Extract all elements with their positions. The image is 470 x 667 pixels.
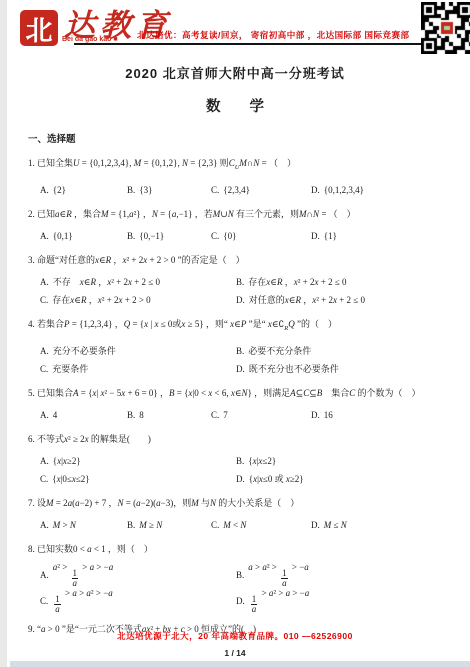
option: B.M ≥ N [127, 519, 211, 531]
option: C.充要条件 [40, 363, 236, 375]
option-text: 7 [223, 410, 228, 420]
option-label: D. [311, 410, 320, 420]
option-label: B. [236, 456, 244, 466]
question: 5. 已知集合A = {x| x² − 5x + 6 = 0} ，B = {x|… [28, 387, 448, 421]
question-options: A.a² > 1a > a > −aB.a > a² > 1a > −aC.1a… [40, 565, 448, 611]
exam-subject: 数 学 [0, 95, 470, 116]
question-options: A.不存 x∈R ，x² + 2x + 2 ≤ 0B.存在x∈R ，x² + 2… [40, 276, 448, 306]
option-text: a > a² > 1a > −a [248, 561, 309, 588]
option-label: D. [236, 295, 245, 305]
seal-character: 北 [26, 9, 53, 48]
option-text: M < N [223, 520, 246, 530]
header-slogan: 北达培优：高考复读/回京， 寄宿初高中部 ，北达国际部 国际竞赛部 [137, 29, 409, 41]
option-label: B. [127, 410, 135, 420]
option: C.7 [211, 409, 311, 421]
option-label: D. [236, 474, 245, 484]
option-text: 对任意的x∈R ，x² + 2x + 2 ≤ 0 [249, 295, 365, 305]
option-text: {2} [53, 185, 66, 195]
option: A.a² > 1a > a > −a [40, 565, 236, 585]
option-label: B. [127, 520, 135, 530]
option-text: M ≤ N [324, 520, 347, 530]
option: D.M ≤ N [311, 519, 448, 531]
option-text: {3} [139, 185, 152, 195]
option: A.不存 x∈R ，x² + 2x + 2 ≤ 0 [40, 276, 236, 288]
question: 6. 不等式x² ≥ 2x 的解集是( )A.{x|x≥2}B.{x|x≤2}C… [28, 433, 448, 485]
question-text: 2. 已知a∈R ，集合M = {1,a²} ，N = {a,−1} ，若M∪N… [28, 208, 448, 220]
option-label: A. [40, 410, 49, 420]
option-text: 存在x∈R ，x² + 2x + 2 ≤ 0 [248, 277, 346, 287]
option-text: {x|x≤0 或 x≥2} [249, 474, 304, 484]
option: B.存在x∈R ，x² + 2x + 2 ≤ 0 [236, 276, 448, 288]
question-text: 3. 命题“对任意的x∈R ，x² + 2x + 2 > 0 ”的否定是（ ） [28, 254, 448, 266]
question: 1. 已知全集U = {0,1,2,3,4}, M = {0,1,2}, N =… [28, 157, 448, 196]
question-text: 7. 设M = 2a(a−2) + 7 ，N = (a−2)(a−3)，则M 与… [28, 497, 448, 509]
option-label: B. [236, 569, 244, 581]
option: D.{0,1,2,3,4} [311, 184, 448, 196]
question-text: 8. 已知实数0 < a < 1 ，则（ ） [28, 543, 448, 555]
option: D.{1} [311, 230, 448, 242]
option-text: {2,3,4} [223, 185, 250, 195]
page-left-edge [0, 0, 7, 667]
logo-seal: 北 [20, 10, 58, 46]
question-text: 1. 已知全集U = {0,1,2,3,4}, M = {0,1,2}, N =… [28, 157, 448, 174]
option-label: C. [211, 410, 219, 420]
option-label: B. [236, 346, 244, 356]
option-label: C. [40, 474, 48, 484]
exam-title: 2020 北京首师大附中高一分班考试 [0, 63, 470, 82]
content: 一、选择题 1. 已知全集U = {0,1,2,3,4}, M = {0,1,2… [28, 131, 448, 635]
option-label: A. [40, 456, 49, 466]
option-label: C. [40, 595, 48, 607]
option: B.必要不充分条件 [236, 345, 448, 357]
question: 4. 若集合P = {1,2,3,4} ，Q = {x | x ≤ 0或x ≥ … [28, 318, 448, 375]
option: D.对任意的x∈R ，x² + 2x + 2 ≤ 0 [236, 294, 448, 306]
option-label: C. [40, 364, 48, 374]
option-text: M > N [53, 520, 76, 530]
exam-page: 北 达教育 Bei da gao kao ■ 北达培优：高考复读/回京， 寄宿初… [0, 0, 470, 667]
option: A.{x|x≥2} [40, 455, 236, 467]
question: 8. 已知实数0 < a < 1 ，则（ ）A.a² > 1a > a > −a… [28, 543, 448, 611]
option: C.{0} [211, 230, 311, 242]
option-text: 必要不充分条件 [248, 346, 311, 356]
option-text: 16 [324, 410, 333, 420]
header-rule [74, 43, 422, 45]
option: B.a > a² > 1a > −a [236, 565, 448, 585]
option-label: D. [236, 595, 245, 607]
option-text: 4 [53, 410, 58, 420]
option: D.16 [311, 409, 448, 421]
option-label: D. [311, 231, 320, 241]
option-label: B. [236, 277, 244, 287]
question-options: A.{2}B.{3}C.{2,3,4}D.{0,1,2,3,4} [40, 184, 448, 196]
option: B.8 [127, 409, 211, 421]
header: 北 达教育 Bei da gao kao ■ 北达培优：高考复读/回京， 寄宿初… [0, 0, 470, 56]
option-label: D. [311, 520, 320, 530]
option: D.{x|x≤0 或 x≥2} [236, 473, 448, 485]
question-text: 5. 已知集合A = {x| x² − 5x + 6 = 0} ，B = {x|… [28, 387, 448, 399]
option-label: D. [236, 364, 245, 374]
option-text: {x|x≥2} [53, 456, 81, 466]
question-text: 6. 不等式x² ≥ 2x 的解集是( ) [28, 433, 448, 445]
page-number: 1 / 14 [0, 648, 470, 658]
option-text: 1a > a² > a > −a [249, 587, 310, 614]
question-options: A.{0,1}B.{0,−1}C.{0}D.{1} [40, 230, 448, 242]
option: A.4 [40, 409, 127, 421]
question-options: A.{x|x≥2}B.{x|x≤2}C.{x|0≤x≤2}D.{x|x≤0 或 … [40, 455, 448, 485]
option-text: {0,1} [53, 231, 73, 241]
option-label: A. [40, 277, 49, 287]
option-text: 既不充分也不必要条件 [249, 364, 339, 374]
option: A.M > N [40, 519, 127, 531]
option-label: D. [311, 185, 320, 195]
option-label: B. [127, 231, 135, 241]
option: C.{2,3,4} [211, 184, 311, 196]
option-label: A. [40, 520, 49, 530]
option-text: 8 [139, 410, 144, 420]
option: B.{x|x≤2} [236, 455, 448, 467]
option: B.{0,−1} [127, 230, 211, 242]
option-label: C. [211, 185, 219, 195]
option-label: B. [127, 185, 135, 195]
option-text: 充分不必要条件 [53, 346, 116, 356]
option-text: 不存 x∈R ，x² + 2x + 2 ≤ 0 [53, 277, 160, 287]
question-text: 4. 若集合P = {1,2,3,4} ，Q = {x | x ≤ 0或x ≥ … [28, 318, 448, 335]
option: A.充分不必要条件 [40, 345, 236, 357]
option: C.M < N [211, 519, 311, 531]
option: B.{3} [127, 184, 211, 196]
option: C.{x|0≤x≤2} [40, 473, 236, 485]
option: D.既不充分也不必要条件 [236, 363, 448, 375]
option-text: {x|x≤2} [248, 456, 276, 466]
question: 7. 设M = 2a(a−2) + 7 ，N = (a−2)(a−3)，则M 与… [28, 497, 448, 531]
qr-code-icon [421, 2, 470, 54]
footer-promo: 北达培优源于北大，20 年高端教育品牌。010 —62526900 [0, 630, 470, 642]
questions: 1. 已知全集U = {0,1,2,3,4}, M = {0,1,2}, N =… [28, 157, 448, 635]
section-heading: 一、选择题 [28, 131, 448, 145]
option-text: {0,−1} [139, 231, 164, 241]
option-text: a² > 1a > a > −a [53, 561, 114, 588]
option-label: C. [40, 295, 48, 305]
option-text: 1a > a > a² > −a [52, 587, 113, 614]
option-label: A. [40, 231, 49, 241]
option: C.1a > a > a² > −a [40, 591, 236, 611]
option: A.{0,1} [40, 230, 127, 242]
option-label: A. [40, 185, 49, 195]
option: D.1a > a² > a > −a [236, 591, 448, 611]
option-text: {0} [223, 231, 236, 241]
option-text: 充要条件 [52, 364, 88, 374]
option-text: {x|0≤x≤2} [52, 474, 89, 484]
option-label: A. [40, 346, 49, 356]
question-options: A.M > NB.M ≥ NC.M < ND.M ≤ N [40, 519, 448, 531]
option: C.存在x∈R ，x² + 2x + 2 > 0 [40, 294, 236, 306]
option: A.{2} [40, 184, 127, 196]
question: 2. 已知a∈R ，集合M = {1,a²} ，N = {a,−1} ，若M∪N… [28, 208, 448, 242]
option-label: C. [211, 520, 219, 530]
brand-pinyin: Bei da gao kao ■ [62, 36, 118, 43]
page-bottom-edge [10, 661, 470, 667]
question: 3. 命题“对任意的x∈R ，x² + 2x + 2 > 0 ”的否定是（ ）A… [28, 254, 448, 306]
option-text: {1} [324, 231, 337, 241]
question-options: A.充分不必要条件B.必要不充分条件C.充要条件D.既不充分也不必要条件 [40, 345, 448, 375]
option-text: M ≥ N [139, 520, 162, 530]
option-text: {0,1,2,3,4} [324, 185, 364, 195]
option-label: A. [40, 569, 49, 581]
option-text: 存在x∈R ，x² + 2x + 2 > 0 [52, 295, 150, 305]
option-label: C. [211, 231, 219, 241]
question-options: A.4B.8C.7D.16 [40, 409, 448, 421]
